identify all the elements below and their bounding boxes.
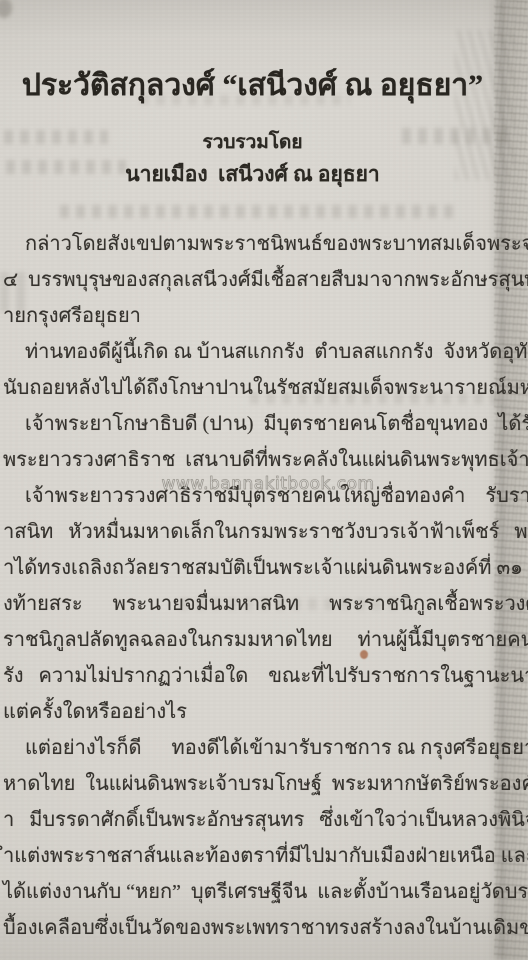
body-line: เจ้าพระยาโกษาธิบดี (ปาน) มีบุตรชายคนโตชื… — [0, 406, 528, 442]
body-line: า มีบรรดาศักดิ์เป็นพระอักษรสุนทร ซึ่งเข้… — [0, 802, 528, 838]
body-line: าสนิท หัวหมื่นมหาดเล็กในกรมพระราชวังบวรเ… — [0, 514, 528, 550]
body-line: บื้องเคลือบซึ่งเป็นวัดของพระเพทราชาทรงสร… — [0, 910, 528, 946]
body-line: แต่อย่างไรก็ดี ทองดีได้เข้ามารับราชการ ณ… — [0, 730, 528, 766]
body-text: กล่าวโดยสังเขปตามพระราชนิพนธ์ของพระบาทสม… — [0, 226, 528, 946]
body-line: ๔ บรรพบุรุษของสกุลเสนีวงศ์มีเชื้อสายสืบม… — [0, 262, 528, 298]
show-through-ghost-text — [60, 205, 460, 218]
byline-label: รวบรวมโดย — [0, 127, 505, 157]
body-line: รัง ความไม่ปรากฏว่าเมื่อใด ขณะที่ไปรับรา… — [0, 658, 528, 694]
body-line: นับถอยหลังไปได้ถึงโกษาปานในรัชสมัยสมเด็จ… — [0, 370, 528, 406]
body-line: าได้ทรงเถลิงถวัลยราชสมบัติเป็นพระเจ้าแผ่… — [0, 550, 528, 586]
body-line: ท่านทองดีผู้นี้เกิด ณ บ้านสแกกรัง ตำบลสแ… — [0, 334, 528, 370]
body-line: ได้แต่งงานกับ “หยก” บุตรีเศรษฐีจีน และตั… — [0, 874, 528, 910]
body-line: แต่ครั้งใดหรืออย่างไร — [0, 694, 528, 730]
watermark-text: www.bannakitbook.com — [138, 474, 398, 494]
body-line: หาดไทย ในแผ่นดินพระเจ้าบรมโกษฐ์ พระมหากษ… — [0, 766, 528, 802]
author-name: นายเมือง เสนีวงศ์ ณ อยุธยา — [0, 158, 505, 191]
body-line: ำแต่งพระราชสาส์นและท้องตราที่มีไปมากับเม… — [0, 838, 528, 874]
book-page-photo: ประวัติสกุลวงศ์ “เสนีวงศ์ ณ อยุธยา” รวบร… — [0, 0, 528, 960]
body-line: กล่าวโดยสังเขปตามพระราชนิพนธ์ของพระบาทสม… — [0, 226, 528, 262]
body-line: งท้ายสระ พระนายจมื่นมหาสนิท พระราชนิกูลเ… — [0, 586, 528, 622]
page-title: ประวัติสกุลวงศ์ “เสนีวงศ์ ณ อยุธยา” — [0, 62, 505, 109]
body-line: ราชนิกูลปลัดทูลฉลองในกรมมหาดไทย ท่านผู้น… — [0, 622, 528, 658]
body-line: ายกรุงศรีอยุธยา — [0, 298, 528, 334]
body-line: พระยาวรวงศาธิราช เสนาบดีที่พระคลังในแผ่น… — [0, 442, 528, 478]
corner-smudge — [0, 0, 12, 18]
